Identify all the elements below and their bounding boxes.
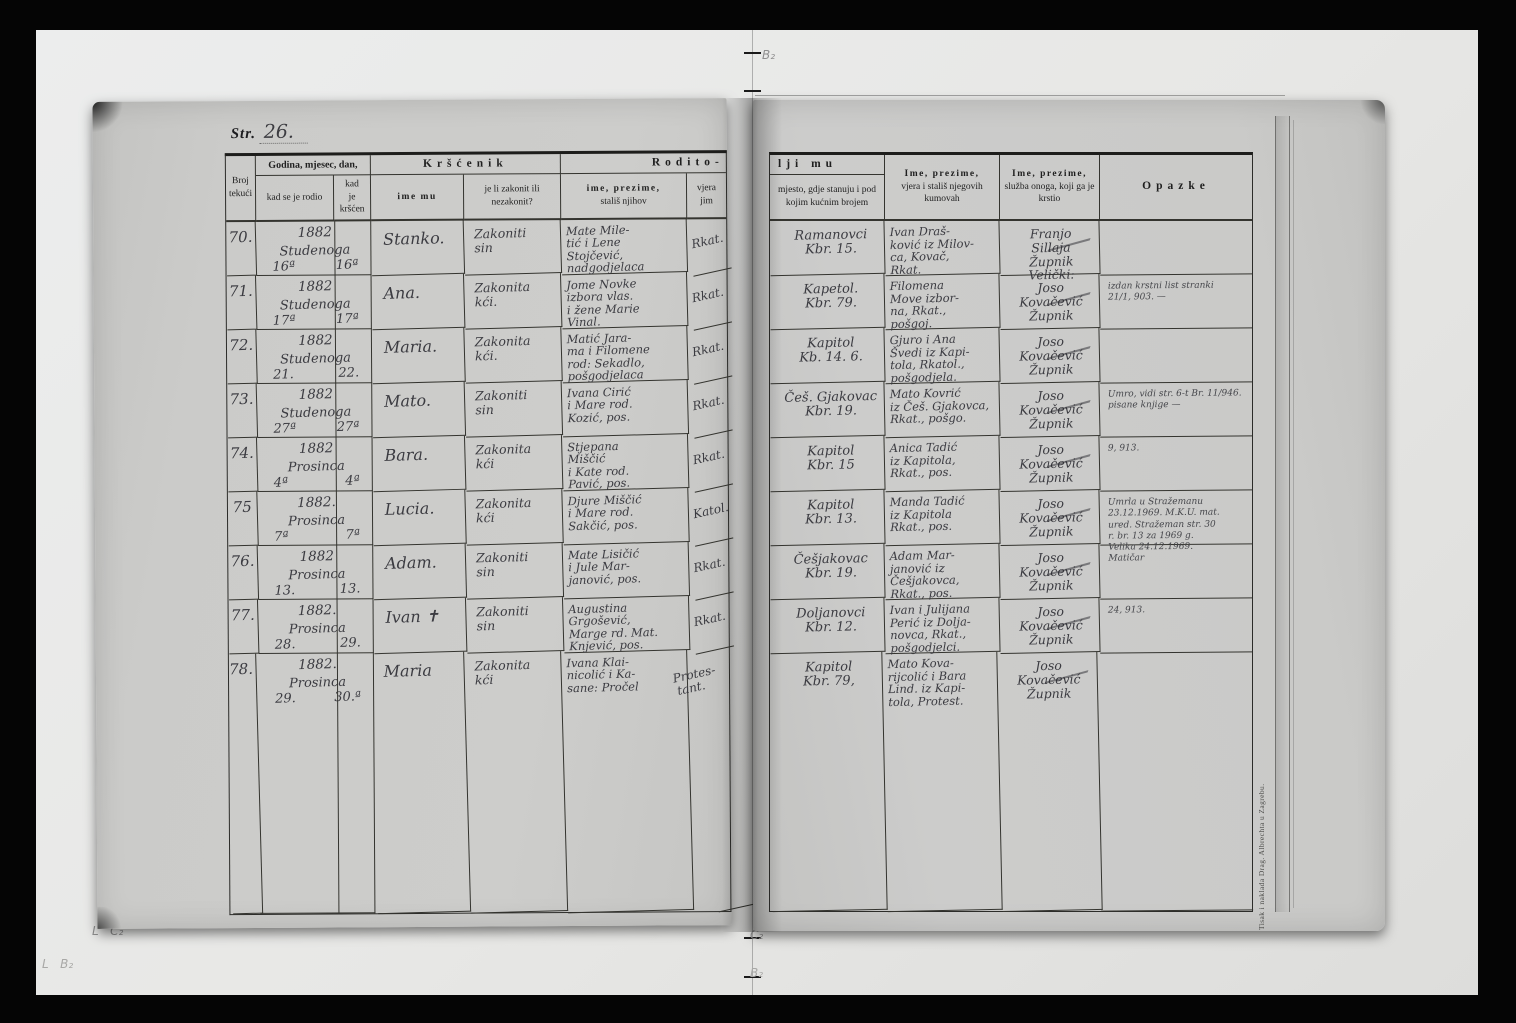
- page-edge-line: [755, 95, 1285, 96]
- header-date-baptized: kad je kršćen: [334, 175, 371, 221]
- cell-day-baptized: 13.: [340, 583, 361, 598]
- header-parents-line1: ime, prezime,: [587, 183, 661, 196]
- cell-name: Ivan ✝: [373, 598, 467, 654]
- cell-day-born: 29.: [275, 692, 296, 707]
- cell-date-days: 28. 29.: [259, 635, 373, 653]
- cell-name: Maria: [371, 652, 471, 914]
- cell-day-baptized: 7ª: [345, 529, 360, 544]
- cell-religion: Rkat.: [682, 216, 732, 277]
- header-baptizer-line1: Ime, prezime,: [1012, 168, 1087, 181]
- cell-religion: Rkat.: [684, 540, 734, 601]
- cell-godparents: Ivan Draš- ković iz Milov- ca, Kovač, Rk…: [884, 220, 1000, 276]
- cell-date-days: 21. 22.: [257, 365, 371, 383]
- cell-place: Kapitol Kbr. 79,: [767, 652, 887, 912]
- cell-name: Mato.: [372, 382, 466, 438]
- header-group-date: Godina, mjesec, dan,: [256, 155, 371, 176]
- cell-date: 1882 Prosinca 4ª 4ª: [258, 437, 373, 492]
- cell-day-born: 4ª: [274, 476, 289, 491]
- header-group-parents-left: Rodito-: [561, 153, 726, 174]
- film-frame-bar-right: [1478, 0, 1516, 1023]
- cell-legitimacy: Zakonita kći.: [464, 273, 562, 330]
- cell-date-days: 17ª 17ª: [257, 311, 371, 329]
- cell-godparents: Ivan i Julijana Perić iz Dolja- novca, R…: [884, 598, 1000, 654]
- registration-tick: [744, 52, 761, 54]
- cell-date-days: 27ª 27ª: [257, 419, 371, 437]
- cell-godparents: Gjuro i Ana Švedi iz Kapi- tola, Rkatol.…: [884, 328, 1000, 384]
- cell-remark: Umrla u Stražemanu 23.12.1969. M.K.U. ma…: [1100, 490, 1252, 545]
- cell-place: Češ. Gjakovac Kbr. 19.: [769, 382, 885, 438]
- header-religion: vjera jim: [687, 173, 726, 219]
- cell-godparents: Adam Mar- janović iz Češjakovca, Rkat., …: [884, 544, 1000, 600]
- register-left-page: Str. 26. Broj tekući Godina, mjesec, dan…: [92, 98, 731, 929]
- cell-day-baptized: 27ª: [337, 421, 360, 436]
- cell-running-number: 71.: [226, 276, 257, 331]
- cell-date: 1882 Prosinca 13. 13.: [258, 545, 373, 600]
- cell-running-number: 75: [227, 492, 258, 547]
- cell-legitimacy: Zakoniti sin: [466, 543, 564, 600]
- cell-religion: Rkat.: [682, 270, 732, 331]
- cell-running-number: 72.: [226, 330, 257, 385]
- cell-date: 1882 Studenoga 27ª 27ª: [257, 383, 372, 438]
- header-running-number: Broj tekući: [226, 156, 256, 222]
- cell-religion: Rkat.: [683, 324, 733, 385]
- header-godparents: Ime, prezime, vjera i stališ njegovih ku…: [885, 155, 1000, 221]
- cell-running-number: 73.: [227, 384, 258, 439]
- header-group-parents-right: lji mu: [770, 155, 885, 175]
- cell-remark: [1099, 652, 1253, 911]
- header-group-krstenik: Kršćenik: [371, 154, 561, 175]
- cell-legitimacy: Zakoniti sin: [464, 219, 562, 276]
- cell-remark: [1100, 220, 1252, 275]
- cell-remark: 24, 913.: [1100, 598, 1252, 653]
- cell-baptizer-signature: Joso Kovačević Župnik: [999, 382, 1100, 438]
- header-parents-line2: stališ njihov: [600, 196, 646, 209]
- cell-baptizer-signature: Joso Kovačević Župnik: [999, 544, 1100, 600]
- cell-name: Maria.: [371, 328, 465, 384]
- cell-place: Kapitol Kbr. 13.: [769, 490, 885, 546]
- cell-day-born: 21.: [273, 368, 294, 383]
- cell-baptizer-signature: Joso Kovačević Župnik: [999, 490, 1100, 546]
- microfilm-scan-frame: B₂ C₂ B₂ L C₂ L B₂ Str. 26. Broj tekući …: [0, 0, 1516, 1023]
- header-place: mjesto, gdje stanuju i pod kojim kućnim …: [770, 175, 885, 221]
- cell-remark: [1100, 544, 1252, 599]
- film-frame-bar-bottom: [0, 995, 1516, 1023]
- cell-remark: izdan krstni list stranki 21/1, 903. —: [1100, 274, 1252, 329]
- cell-date: 1882. Prosinca 7ª 7ª: [258, 491, 373, 546]
- header-remarks: Opazke: [1100, 155, 1252, 221]
- cell-legitimacy: Zakonita kći: [465, 435, 563, 492]
- cell-parents: Matić Jara- ma i Filomene rod: Sekadlo, …: [561, 326, 688, 383]
- cell-religion: Rkat.: [683, 378, 733, 439]
- header-godparents-line1: Ime, prezime,: [905, 168, 980, 181]
- cell-day-baptized: 29.: [340, 637, 361, 652]
- cell-parents: Mate Mile- tić i Lene Stojčević, nadgodj…: [561, 218, 688, 275]
- page-number-label: Str. 26.: [231, 121, 308, 143]
- cell-date: 1882 Studenoga 16ª 16ª: [256, 221, 371, 276]
- cell-date-days: 16ª 16ª: [256, 257, 370, 275]
- cell-day-born: 7ª: [274, 530, 289, 545]
- cell-legitimacy: Zakonita kći: [464, 651, 568, 914]
- cell-date: 1882. Prosinca 29. 30.ª: [259, 653, 376, 914]
- cell-date-days: 7ª 7ª: [258, 527, 372, 545]
- register-right-page: lji mu mjesto, gdje stanuju i pod kojim …: [753, 100, 1385, 931]
- page-number-handwritten: 26.: [260, 121, 308, 144]
- page-number-printed: Str.: [231, 126, 256, 142]
- cell-baptizer-signature: Joso Kovačević Župnik: [999, 598, 1100, 654]
- cell-day-born: 13.: [274, 584, 295, 599]
- cell-baptizer-signature: Joso Kovačević Župnik: [999, 328, 1100, 384]
- cell-running-number: 76.: [228, 546, 259, 601]
- cell-place: Kapetol. Kbr. 79.: [769, 274, 885, 330]
- registration-tick: [744, 90, 761, 92]
- printer-imprint: Tisak i naklada Drag. Albrechta u Zagreb…: [1257, 740, 1266, 930]
- cell-date: 1882. Prosinca 28. 29.: [259, 599, 374, 654]
- header-godparents-rest: vjera i stališ njegovih kumovah: [901, 181, 983, 207]
- film-frame-bar-top: [0, 0, 1516, 30]
- cell-baptizer-signature: Franjo Sillaja Župnik Velički:: [999, 220, 1100, 276]
- cell-place: Kapitol Kbr. 15: [769, 436, 885, 492]
- cell-remark: [1100, 328, 1252, 383]
- pencil-mark-top-center: B₂: [762, 48, 775, 62]
- cell-day-baptized: 22.: [338, 367, 359, 382]
- cell-day-baptized: 17ª: [336, 313, 359, 328]
- cell-name: Adam.: [373, 544, 467, 600]
- cell-legitimacy: Zakoniti sin: [465, 381, 563, 438]
- cell-day-born: 17ª: [273, 314, 296, 329]
- cell-day-born: 27ª: [273, 422, 296, 437]
- cell-date: 1882 Studenoga 17ª 17ª: [257, 275, 372, 330]
- header-legitimacy: je li zakonit ili nezakonit?: [464, 174, 561, 221]
- cell-day-baptized: 16ª: [336, 259, 359, 274]
- cell-parents: Stjepana Miščić i Kate rod. Pavić, pos.: [562, 434, 689, 491]
- cell-place: Doljanovci Kbr. 12.: [769, 598, 885, 654]
- cell-name: Bara.: [372, 436, 466, 492]
- cell-place: Češjakovac Kbr. 19.: [769, 544, 885, 600]
- cell-legitimacy: Zakonita kći.: [464, 327, 562, 384]
- cell-day-baptized: 4ª: [345, 475, 360, 490]
- cell-parents: Ivana Cirić i Mare rod. Kozić, pos.: [562, 380, 689, 437]
- baptism-register-table-right: lji mu mjesto, gdje stanuju i pod kojim …: [769, 152, 1253, 912]
- cell-baptizer-signature: Joso Kovačević Župnik: [997, 652, 1102, 912]
- cell-parents: Djure Miščić i Mare rod. Sakčić, pos.: [562, 488, 689, 545]
- cell-day-baptized: 30.ª: [334, 691, 361, 706]
- cell-date-days: 4ª 4ª: [258, 473, 372, 491]
- cell-date-days: 13. 13.: [258, 581, 372, 599]
- cell-name: Lucia.: [372, 490, 466, 546]
- cell-baptizer-signature: Joso Kovačević Župnik: [999, 274, 1100, 330]
- cell-place: Ramanovci Kbr. 15.: [769, 220, 885, 276]
- cell-day-born: 28.: [275, 638, 296, 653]
- cell-parents: Augustina Grgošević, Marge rd. Mat. Knje…: [563, 596, 690, 653]
- baptism-register-table-left: Broj tekući Godina, mjesec, dan, Kršćeni…: [225, 150, 732, 915]
- film-frame-bar-left: [0, 0, 36, 1023]
- cell-religion: Rkat.: [683, 432, 733, 493]
- cell-baptizer-signature: Joso Kovačević Župnik: [999, 436, 1100, 492]
- page-stack-edge-line: [1293, 120, 1294, 908]
- cell-godparents: Anica Tadić iz Kapitola, Rkat., pos.: [884, 436, 1000, 492]
- header-baptizer-rest: služba onoga, koji ga je krstio: [1005, 181, 1095, 207]
- cell-remark: Umro, vidi str. 6-t Br. 11/946. pisane k…: [1100, 382, 1252, 437]
- cell-godparents: Mato Kova- rijcolić i Bara Lind. iz Kapi…: [882, 652, 1002, 912]
- cell-religion: Rkat.: [684, 594, 734, 655]
- cell-godparents: Filomena Move izbor- na, Rkat., pošgoj.: [884, 274, 1000, 330]
- header-name: ime mu: [371, 175, 464, 222]
- cell-date: 1882 Studenoga 21. 22.: [257, 329, 372, 384]
- cell-name: Stanko.: [371, 220, 465, 276]
- cell-place: Kapitol Kb. 14. 6.: [769, 328, 885, 384]
- cell-running-number: 70.: [226, 222, 257, 277]
- cell-running-number: 74.: [227, 438, 258, 493]
- cell-running-number: 77.: [228, 600, 259, 655]
- page-stack-edges: [1275, 116, 1290, 912]
- cell-name: Ana.: [371, 274, 465, 330]
- pencil-mark-bottom-center-lower: B₂: [750, 966, 763, 980]
- cell-parents: Jome Novke izbora vlas. i žene Marie Vin…: [561, 272, 688, 329]
- cell-date-days: 29. 30.ª: [259, 689, 373, 707]
- cell-legitimacy: Zakoniti sin: [466, 597, 564, 654]
- pencil-mark-bottom-left-lower: L B₂: [42, 957, 73, 971]
- header-parents: ime, prezime, stališ njihov: [561, 173, 687, 220]
- cell-godparents: Manda Tadić iz Kapitola Rkat., pos.: [884, 490, 1000, 546]
- header-date-born: kad se je rodio: [256, 175, 334, 221]
- cell-remark: 9, 913.: [1100, 436, 1252, 491]
- cell-parents: Mate Lisičić i Jule Mar- janović, pos.: [563, 542, 690, 599]
- cell-running-number: 78.: [226, 654, 263, 915]
- cell-religion: Katol.: [684, 486, 734, 547]
- cell-legitimacy: Zakonita kći: [465, 489, 563, 546]
- header-baptizer: Ime, prezime, služba onoga, koji ga je k…: [1000, 155, 1100, 221]
- cell-day-born: 16ª: [272, 260, 295, 275]
- cell-godparents: Mato Kovrić iz Češ. Gjakovca, Rkat., poš…: [884, 382, 1000, 438]
